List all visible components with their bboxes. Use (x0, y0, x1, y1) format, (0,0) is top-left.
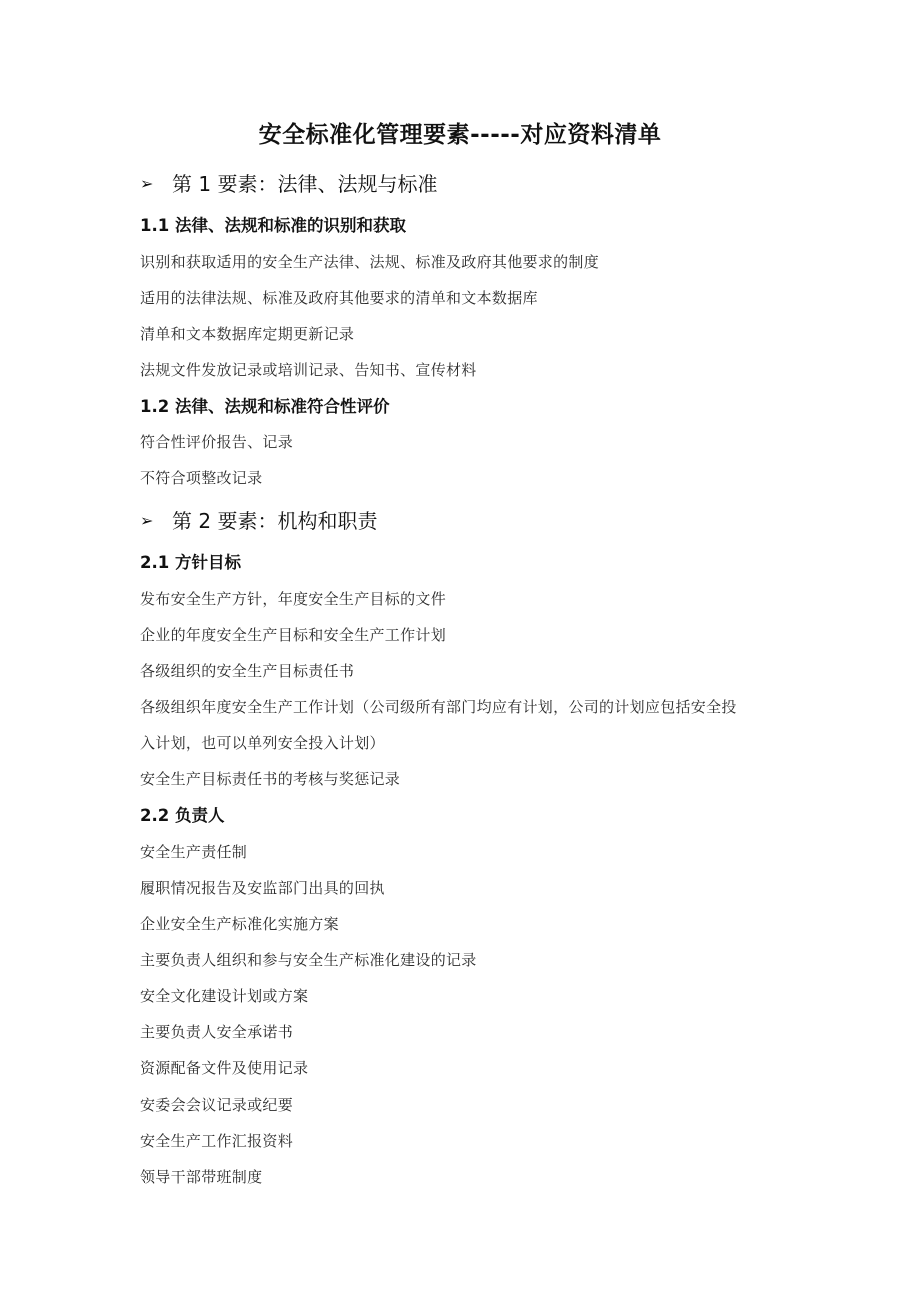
document-title: 安全标准化管理要素-----对应资料清单 (0, 119, 920, 151)
arrow-bullet-icon: ➢ (140, 507, 172, 535)
list-item: 安全生产目标责任书的考核与奖惩记录 (140, 768, 400, 790)
list-item: 主要负责人组织和参与安全生产标准化建设的记录 (140, 949, 477, 971)
list-item: 安委会会议记录或纪要 (140, 1094, 293, 1116)
arrow-bullet-icon: ➢ (140, 170, 172, 198)
element-heading-2: ➢ 第 2 要素：机构和职责 (140, 507, 377, 535)
element-heading-text: 第 2 要素：机构和职责 (172, 507, 377, 535)
list-item: 主要负责人安全承诺书 (140, 1021, 293, 1043)
section-heading-1-2: 1.2 法律、法规和标准符合性评价 (140, 395, 389, 419)
section-heading-2-1: 2.1 方针目标 (140, 551, 241, 575)
list-item: 领导干部带班制度 (140, 1166, 262, 1188)
list-item: 发布安全生产方针，年度安全生产目标的文件 (140, 588, 446, 610)
list-item: 符合性评价报告、记录 (140, 431, 293, 453)
list-item: 清单和文本数据库定期更新记录 (140, 323, 354, 345)
document-page: 安全标准化管理要素-----对应资料清单 ➢ 第 1 要素：法律、法规与标准 1… (0, 0, 920, 1302)
list-item: 适用的法律法规、标准及政府其他要求的清单和文本数据库 (140, 287, 538, 309)
list-item: 不符合项整改记录 (140, 467, 262, 489)
element-heading-1: ➢ 第 1 要素：法律、法规与标准 (140, 170, 437, 198)
list-item: 履职情况报告及安监部门出具的回执 (140, 877, 385, 899)
list-item: 入计划，也可以单列安全投入计划） (140, 732, 385, 754)
list-item: 企业安全生产标准化实施方案 (140, 913, 339, 935)
list-item: 法规文件发放记录或培训记录、告知书、宣传材料 (140, 359, 477, 381)
list-item: 安全生产工作汇报资料 (140, 1130, 293, 1152)
list-item: 企业的年度安全生产目标和安全生产工作计划 (140, 624, 446, 646)
element-heading-text: 第 1 要素：法律、法规与标准 (172, 170, 437, 198)
section-heading-2-2: 2.2 负责人 (140, 804, 224, 828)
list-item: 各级组织的安全生产目标责任书 (140, 660, 354, 682)
list-item: 安全文化建设计划或方案 (140, 985, 308, 1007)
list-item: 安全生产责任制 (140, 841, 247, 863)
list-item: 识别和获取适用的安全生产法律、法规、标准及政府其他要求的制度 (140, 251, 599, 273)
section-heading-1-1: 1.1 法律、法规和标准的识别和获取 (140, 214, 406, 238)
list-item: 各级组织年度安全生产工作计划（公司级所有部门均应有计划，公司的计划应包括安全投 (140, 696, 737, 718)
list-item: 资源配备文件及使用记录 (140, 1057, 308, 1079)
